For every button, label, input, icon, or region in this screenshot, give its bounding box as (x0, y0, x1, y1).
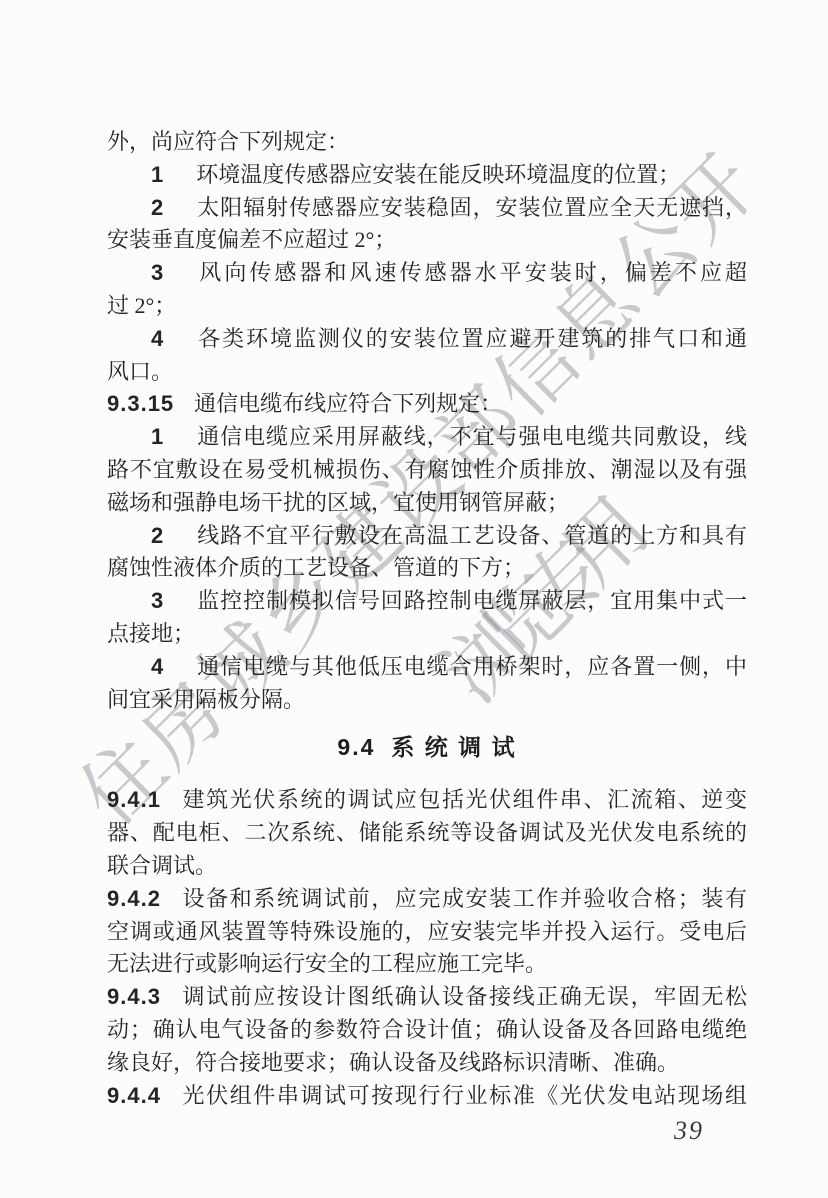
item-number: 9.4.3 (107, 984, 161, 1009)
text-line: 1环境温度传感器应安装在能反映环境温度的位置； (107, 159, 747, 192)
line-text: 风向传感器和风速传感器水平安装时，偏差不应超 (196, 260, 747, 285)
item-number: 3 (151, 260, 164, 285)
heading-number: 9.4 (337, 734, 375, 760)
document-page: 住房城乡建设部信息公开 浏览专用 外，尚应符合下列规定：1环境温度传感器应安装在… (0, 0, 828, 1198)
item-number: 3 (151, 588, 164, 613)
line-text: 设备和系统调试前，应完成安装工作并验收合格；装有 (181, 886, 747, 911)
text-line: 3风向传感器和风速传感器水平安装时，偏差不应超 (107, 257, 747, 290)
line-text: 间宜采用隔板分隔。 (107, 687, 305, 712)
line-text: 外，尚应符合下列规定： (107, 129, 349, 154)
line-text: 腐蚀性液体介质的工艺设备、管道的下方； (107, 555, 525, 580)
text-line: 缘良好，符合接地要求；确认设备及线路标识清晰、准确。 (107, 1047, 747, 1080)
text-line: 磁场和强静电场干扰的区域，宜使用钢管屏蔽； (107, 487, 747, 520)
item-number: 2 (151, 523, 164, 548)
text-line: 2太阳辐射传感器应安装稳固，安装位置应全天无遮挡， (107, 192, 747, 225)
line-text: 各类环境监测仪的安装位置应避开建筑的排气口和通 (196, 326, 747, 351)
line-text: 联合调试。 (107, 853, 217, 878)
line-text: 线路不宜平行敷设在高温工艺设备、管道的上方和具有 (196, 523, 747, 548)
text-line: 无法进行或影响运行安全的工程应施工完毕。 (107, 948, 747, 981)
item-number: 2 (151, 195, 164, 220)
document-text: 外，尚应符合下列规定：1环境温度传感器应安装在能反映环境温度的位置；2太阳辐射传… (107, 126, 747, 1112)
line-text: 通信电缆应采用屏蔽线，不宜与强电电缆共同敷设，线 (196, 424, 747, 449)
page-number: 39 (674, 1116, 704, 1146)
text-line: 间宜采用隔板分隔。 (107, 684, 747, 717)
line-text: 路不宜敷设在易受机械损伤、有腐蚀性介质排放、潮湿以及有强 (107, 457, 747, 482)
line-text: 点接地； (107, 621, 195, 646)
item-number: 1 (151, 162, 164, 187)
text-line: 9.3.15通信电缆布线应符合下列规定： (107, 388, 747, 421)
item-number: 9.4.4 (107, 1083, 161, 1108)
text-line: 联合调试。 (107, 850, 747, 883)
text-line: 9.4.4光伏组件串调试可按现行行业标准《光伏发电站现场组 (107, 1080, 747, 1113)
line-text: 环境温度传感器应安装在能反映环境温度的位置； (196, 162, 680, 187)
item-number: 9.3.15 (107, 391, 174, 416)
line-text: 调试前应按设计图纸确认设备接线正确无误，牢固无松 (181, 984, 747, 1009)
text-line: 过 2°； (107, 290, 747, 323)
text-line: 腐蚀性液体介质的工艺设备、管道的下方； (107, 552, 747, 585)
line-text: 磁场和强静电场干扰的区域，宜使用钢管屏蔽； (107, 490, 569, 515)
text-line: 4通信电缆与其他低压电缆合用桥架时，应各置一侧，中 (107, 651, 747, 684)
text-line: 9.4.2设备和系统调试前，应完成安装工作并验收合格；装有 (107, 883, 747, 916)
line-text: 无法进行或影响运行安全的工程应施工完毕。 (107, 951, 547, 976)
text-line: 空调或通风装置等特殊设施的，应安装完毕并投入运行。受电后 (107, 916, 747, 949)
text-line: 路不宜敷设在易受机械损伤、有腐蚀性介质排放、潮湿以及有强 (107, 454, 747, 487)
text-line: 外，尚应符合下列规定： (107, 126, 747, 159)
line-text: 器、配电柜、二次系统、储能系统等设备调试及光伏发电系统的 (107, 820, 747, 845)
line-text: 动；确认电气设备的参数符合设计值；确认设备及各回路电缆绝 (107, 1017, 747, 1042)
line-text: 监控控制模拟信号回路控制电缆屏蔽层，宜用集中式一 (196, 588, 747, 613)
line-text: 空调或通风装置等特殊设施的，应安装完毕并投入运行。受电后 (107, 919, 747, 944)
line-text: 建筑光伏系统的调试应包括光伏组件串、汇流箱、逆变 (181, 787, 747, 812)
text-line: 1通信电缆应采用屏蔽线，不宜与强电电缆共同敷设，线 (107, 421, 747, 454)
item-number: 9.4.2 (107, 886, 161, 911)
text-line: 2线路不宜平行敷设在高温工艺设备、管道的上方和具有 (107, 520, 747, 553)
line-text: 太阳辐射传感器应安装稳固，安装位置应全天无遮挡， (196, 195, 747, 220)
line-text: 过 2°； (107, 293, 176, 318)
line-text: 光伏组件串调试可按现行行业标准《光伏发电站现场组 (181, 1083, 747, 1108)
line-text: 安装垂直度偏差不应超过 2°； (107, 227, 396, 252)
text-line: 3监控控制模拟信号回路控制电缆屏蔽层，宜用集中式一 (107, 585, 747, 618)
item-number: 4 (151, 654, 164, 679)
text-line: 点接地； (107, 618, 747, 651)
section-heading: 9.4系 统 调 试 (107, 730, 747, 764)
text-line: 安装垂直度偏差不应超过 2°； (107, 224, 747, 257)
text-line: 4各类环境监测仪的安装位置应避开建筑的排气口和通 (107, 323, 747, 356)
text-line: 9.4.1建筑光伏系统的调试应包括光伏组件串、汇流箱、逆变 (107, 784, 747, 817)
item-number: 1 (151, 424, 164, 449)
item-number: 9.4.1 (107, 787, 161, 812)
line-text: 通信电缆与其他低压电缆合用桥架时，应各置一侧，中 (196, 654, 747, 679)
text-line: 动；确认电气设备的参数符合设计值；确认设备及各回路电缆绝 (107, 1014, 747, 1047)
heading-title: 系 统 调 试 (391, 734, 516, 760)
text-line: 器、配电柜、二次系统、储能系统等设备调试及光伏发电系统的 (107, 817, 747, 850)
text-line: 风口。 (107, 356, 747, 389)
text-line: 9.4.3调试前应按设计图纸确认设备接线正确无误，牢固无松 (107, 981, 747, 1014)
line-text: 通信电缆布线应符合下列规定： (194, 391, 502, 416)
line-text: 风口。 (107, 359, 173, 384)
item-number: 4 (151, 326, 164, 351)
line-text: 缘良好，符合接地要求；确认设备及线路标识清晰、准确。 (107, 1050, 679, 1075)
